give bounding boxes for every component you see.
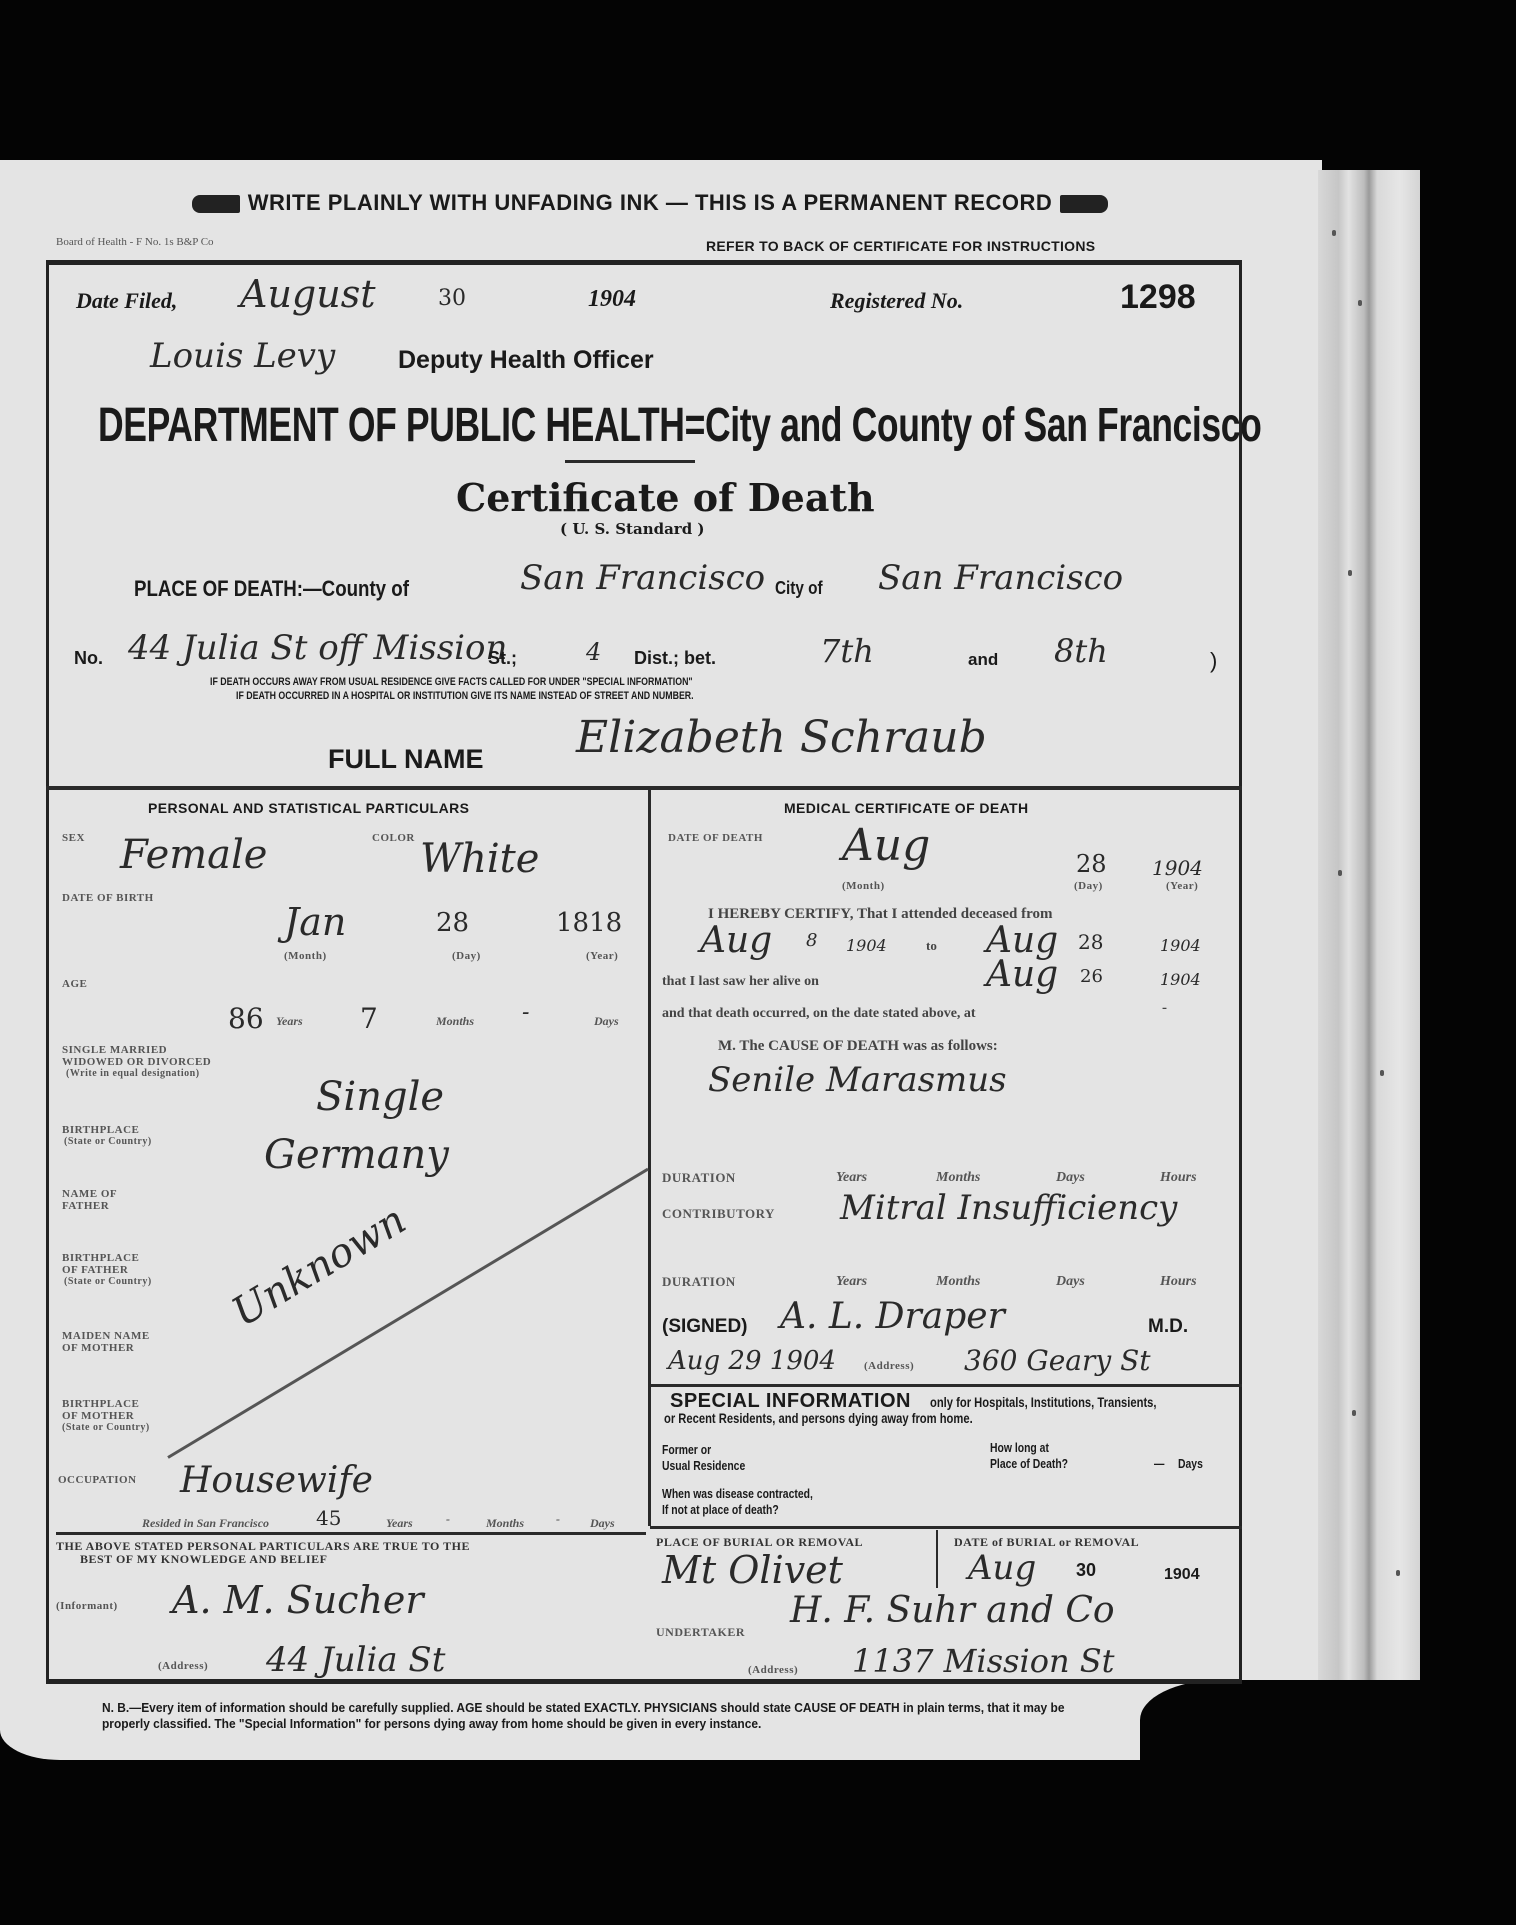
city-value: San Francisco — [878, 558, 1123, 598]
resided-days-label: Days — [590, 1516, 615, 1531]
signed-date: Aug 29 1904 — [668, 1346, 836, 1376]
resided-months-label: Months — [486, 1516, 524, 1531]
burial-date-label: DATE of BURIAL or REMOVAL — [954, 1536, 1139, 1548]
last-saw-month: Aug — [986, 954, 1058, 995]
and-label: and — [968, 650, 998, 670]
duration-years-2: Years — [836, 1274, 867, 1290]
last-saw-day: 26 — [1080, 966, 1103, 987]
age-days-label: Days — [594, 1014, 619, 1029]
dod-day: 28 — [1076, 850, 1107, 878]
dod-month: Aug — [842, 820, 930, 871]
age-months-label: Months — [436, 1014, 474, 1029]
medical-heading: MEDICAL CERTIFICATE OF DEATH — [784, 800, 1029, 816]
color-value: White — [420, 836, 539, 882]
mother-bp-label-2: OF MOTHER — [62, 1410, 134, 1422]
between-street-1: 7th — [820, 632, 874, 670]
special-heading-note-2: or Recent Residents, and persons dying a… — [664, 1410, 973, 1426]
father-bp-label-3: (State or Country) — [64, 1276, 152, 1288]
physician-address: 360 Geary St — [964, 1344, 1151, 1377]
dist-label: Dist.; bet. — [634, 648, 716, 669]
special-divider — [650, 1384, 1242, 1387]
contracted-label-2: If not at place of death? — [662, 1502, 779, 1517]
informant-address: 44 Julia St — [266, 1640, 445, 1680]
attended-from-month: Aug — [700, 920, 772, 961]
marital-label-2: WIDOWED OR DIVORCED — [62, 1056, 211, 1068]
age-years-label: Years — [276, 1014, 303, 1029]
us-standard: ( U. S. Standard ) — [560, 520, 705, 538]
age-months: 7 — [360, 1002, 378, 1035]
birthplace-label-2: (State or Country) — [64, 1136, 152, 1148]
physician-signature: A. L. Draper — [780, 1296, 1005, 1337]
occupation-label: OCCUPATION — [58, 1474, 137, 1486]
burial-date-month: Aug — [968, 1548, 1036, 1588]
attended-to-year: 1904 — [1160, 936, 1201, 955]
burial-column-divider — [936, 1530, 938, 1588]
officer-title: Deputy Health Officer — [398, 346, 654, 375]
last-saw-text: that I last saw her alive on — [662, 974, 819, 990]
certificate-title: Certificate of Death — [456, 475, 875, 520]
birthplace-value: Germany — [264, 1132, 449, 1178]
how-long-label-1: How long at — [990, 1440, 1049, 1455]
attended-to-day: 28 — [1078, 930, 1103, 954]
how-long-value: — — [1154, 1456, 1164, 1471]
paren-close: ) — [1210, 648, 1217, 674]
undertaker-address: 1137 Mission St — [852, 1642, 1115, 1680]
dob-month-label: (Month) — [284, 950, 327, 962]
father-name-label-1: NAME OF — [62, 1188, 117, 1200]
dod-month-label: (Month) — [842, 880, 885, 892]
former-residence-label-2: Usual Residence — [662, 1458, 745, 1473]
mother-bp-label-1: BIRTHPLACE — [62, 1398, 139, 1410]
resided-days: - — [556, 1512, 560, 1527]
color-label: COLOR — [372, 832, 415, 844]
marital-value: Single — [316, 1074, 444, 1120]
refer-note: REFER TO BACK OF CERTIFICATE FOR INSTRUC… — [706, 238, 1095, 254]
father-bp-label-2: OF FATHER — [62, 1264, 128, 1276]
duration-days-1: Days — [1056, 1170, 1085, 1186]
date-filed-month: August — [240, 272, 376, 316]
birthplace-label-1: BIRTHPLACE — [62, 1124, 139, 1136]
officer-signature: Louis Levy — [150, 336, 335, 376]
duration-months-2: Months — [936, 1274, 980, 1290]
informant-divider — [56, 1532, 646, 1535]
undertaker-address-label: (Address) — [748, 1664, 798, 1676]
pointing-hand-icon — [192, 195, 240, 213]
physician-address-label: (Address) — [864, 1360, 914, 1372]
pointing-hand-icon — [1060, 195, 1108, 213]
occurred-text: and that death occurred, on the date sta… — [662, 1006, 976, 1022]
informant-address-label: (Address) — [158, 1660, 208, 1672]
age-label: AGE — [62, 978, 87, 990]
dob-year-label: (Year) — [586, 950, 618, 962]
county-value: San Francisco — [520, 558, 765, 598]
banner-text: WRITE PLAINLY WITH UNFADING INK — THIS I… — [248, 190, 1053, 215]
father-name-label-2: FATHER — [62, 1200, 109, 1212]
residence-note-2: IF DEATH OCCURRED IN A HOSPITAL OR INSTI… — [236, 690, 694, 702]
burial-divider — [650, 1526, 1242, 1529]
duration-days-2: Days — [1056, 1274, 1085, 1290]
duration-label-2: DURATION — [662, 1276, 736, 1288]
undertaker-label: UNDERTAKER — [656, 1626, 745, 1638]
title-rule — [565, 460, 695, 463]
district-value: 4 — [586, 638, 601, 666]
ink-warning-banner: WRITE PLAINLY WITH UNFADING INK — THIS I… — [110, 190, 1190, 216]
attended-from-day: 8 — [806, 930, 817, 951]
dod-day-label: (Day) — [1074, 880, 1103, 892]
form-id: Board of Health - F No. 1s B&P Co — [56, 236, 214, 248]
informant-statement-1: THE ABOVE STATED PERSONAL PARTICULARS AR… — [56, 1540, 470, 1552]
to-label: to — [926, 938, 937, 954]
dod-label: DATE OF DEATH — [668, 832, 763, 844]
duration-hours-2: Hours — [1160, 1274, 1197, 1290]
resided-label: Resided in San Francisco — [142, 1516, 269, 1531]
duration-hours-1: Hours — [1160, 1170, 1197, 1186]
undertaker-name: H. F. Suhr and Co — [790, 1590, 1115, 1631]
contributory-label: CONTRIBUTORY — [662, 1208, 775, 1220]
between-street-2: 8th — [1054, 632, 1108, 670]
marital-label-1: SINGLE MARRIED — [62, 1044, 167, 1056]
section-divider — [46, 786, 1242, 790]
resided-years-label: Years — [386, 1516, 413, 1531]
date-filed-label: Date Filed, — [76, 288, 177, 314]
dob-month: Jan — [284, 900, 346, 944]
date-filed-day: 30 — [438, 286, 466, 311]
mother-bp-label-3: (State or Country) — [62, 1422, 150, 1434]
burial-place: Mt Olivet — [662, 1548, 843, 1592]
md-label: M.D. — [1148, 1316, 1188, 1338]
burial-date-year: 1904 — [1164, 1566, 1200, 1584]
date-filed-year: 1904 — [588, 286, 636, 313]
street-no-label: No. — [74, 648, 103, 669]
registered-number: 1298 — [1120, 278, 1196, 317]
city-label: City of — [775, 578, 823, 599]
sex-value: Female — [120, 832, 267, 878]
age-days: - — [522, 1000, 529, 1025]
resided-months: - — [446, 1512, 450, 1527]
cause-value: Senile Marasmus — [708, 1060, 1007, 1100]
duration-label-1: DURATION — [662, 1172, 736, 1184]
burial-date-day: 30 — [1076, 1560, 1096, 1581]
registered-label: Registered No. — [830, 288, 963, 314]
special-heading-note: only for Hospitals, Institutions, Transi… — [930, 1394, 1157, 1410]
occurred-time: - — [1162, 1000, 1167, 1017]
full-name-label: FULL NAME — [328, 744, 484, 775]
department-title: DEPARTMENT OF PUBLIC HEALTH=City and Cou… — [98, 398, 1262, 453]
occupation-value: Housewife — [180, 1460, 373, 1501]
page-shadow — [1140, 1680, 1440, 1830]
burial-place-label: PLACE OF BURIAL OR REMOVAL — [656, 1536, 863, 1548]
cause-text: M. The CAUSE OF DEATH was as follows: — [718, 1038, 998, 1055]
informant-label: (Informant) — [56, 1600, 118, 1612]
signed-label: (SIGNED) — [662, 1316, 748, 1338]
dob-day: 28 — [436, 908, 469, 938]
duration-years-1: Years — [836, 1170, 867, 1186]
personal-heading: PERSONAL AND STATISTICAL PARTICULARS — [148, 800, 469, 816]
st-label: St.; — [488, 648, 517, 669]
dob-year: 1818 — [556, 908, 622, 938]
nb-instructions: N. B.—Every item of information should b… — [102, 1700, 1077, 1732]
residence-note-1: IF DEATH OCCURS AWAY FROM USUAL RESIDENC… — [210, 676, 693, 688]
column-divider — [648, 786, 651, 1526]
former-residence-label-1: Former or — [662, 1442, 711, 1457]
dob-label: DATE OF BIRTH — [62, 892, 154, 904]
contracted-label-1: When was disease contracted, — [662, 1486, 813, 1501]
contributory-value: Mitral Insufficiency — [840, 1188, 1177, 1228]
mother-name-label-2: OF MOTHER — [62, 1342, 134, 1354]
mother-name-label-1: MAIDEN NAME — [62, 1330, 150, 1342]
dod-year-label: (Year) — [1166, 880, 1198, 892]
age-years: 86 — [228, 1002, 264, 1035]
how-long-label-2: Place of Death? — [990, 1456, 1068, 1471]
duration-months-1: Months — [936, 1170, 980, 1186]
street-address: 44 Julia St off Mission — [128, 628, 507, 668]
resided-years: 45 — [316, 1506, 341, 1530]
informant-name: A. M. Sucher — [172, 1578, 424, 1622]
father-bp-label-1: BIRTHPLACE — [62, 1252, 139, 1264]
attended-from-year: 1904 — [846, 936, 887, 955]
dob-day-label: (Day) — [452, 950, 481, 962]
last-saw-year: 1904 — [1160, 970, 1201, 989]
place-of-death-label: PLACE OF DEATH:—County of — [134, 576, 409, 602]
marital-label-3: (Write in equal designation) — [66, 1068, 200, 1080]
sex-label: SEX — [62, 832, 85, 844]
informant-statement-2: BEST OF MY KNOWLEDGE AND BELIEF — [80, 1553, 327, 1565]
dod-year: 1904 — [1152, 856, 1203, 880]
days-label: Days — [1178, 1456, 1203, 1471]
book-binding-edge — [1318, 170, 1420, 1730]
full-name-value: Elizabeth Schraub — [576, 712, 987, 763]
